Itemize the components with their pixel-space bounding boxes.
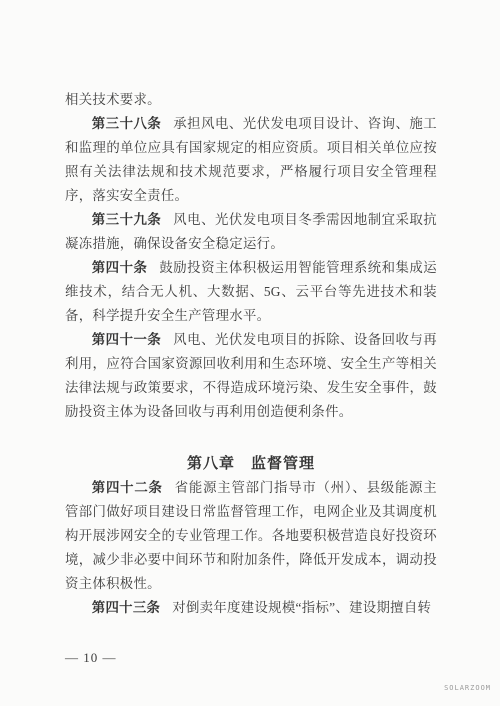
document-body: 相关技术要求。 第三十八条承担风电、光伏发电项目设计、咨询、施工和监理的单位应具… [65, 88, 437, 620]
article-43: 第四十三条对倒卖年度建设规模“指标”、建设期擅自转 [65, 596, 437, 620]
article-39: 第三十九条风电、光伏发电项目冬季需因地制宜采取抗凝冻措施，确保设备安全稳定运行。 [65, 208, 437, 256]
article-38-number: 第三十八条 [92, 116, 161, 131]
article-42-text: 省能源主管部门指导市（州）、县级能源主管部门做好项目建设日常监督管理工作，电网企… [65, 480, 437, 591]
article-43-number: 第四十三条 [92, 600, 160, 615]
article-39-number: 第三十九条 [92, 212, 161, 227]
article-41-number: 第四十一条 [92, 332, 161, 347]
chapter-heading: 第八章 监督管理 [65, 452, 437, 476]
paragraph-continuation: 相关技术要求。 [65, 88, 437, 112]
page-number: — 10 — [65, 651, 117, 665]
watermark-text: SOLARZOOM [444, 684, 491, 692]
document-page: 相关技术要求。 第三十八条承担风电、光伏发电项目设计、咨询、施工和监理的单位应具… [0, 0, 500, 706]
article-42-number: 第四十二条 [92, 480, 163, 495]
article-42: 第四十二条省能源主管部门指导市（州）、县级能源主管部门做好项目建设日常监督管理工… [65, 476, 437, 596]
article-40: 第四十条鼓励投资主体积极运用智能管理系统和集成运维技术，结合无人机、大数据、5G… [65, 256, 437, 328]
article-43-text: 对倒卖年度建设规模“指标”、建设期擅自转 [172, 600, 431, 615]
article-40-number: 第四十条 [92, 260, 148, 275]
article-41: 第四十一条风电、光伏发电项目的拆除、设备回收与再利用，应符合国家资源回收利用和生… [65, 328, 437, 424]
article-38: 第三十八条承担风电、光伏发电项目设计、咨询、施工和监理的单位应具有国家规定的相应… [65, 112, 437, 208]
